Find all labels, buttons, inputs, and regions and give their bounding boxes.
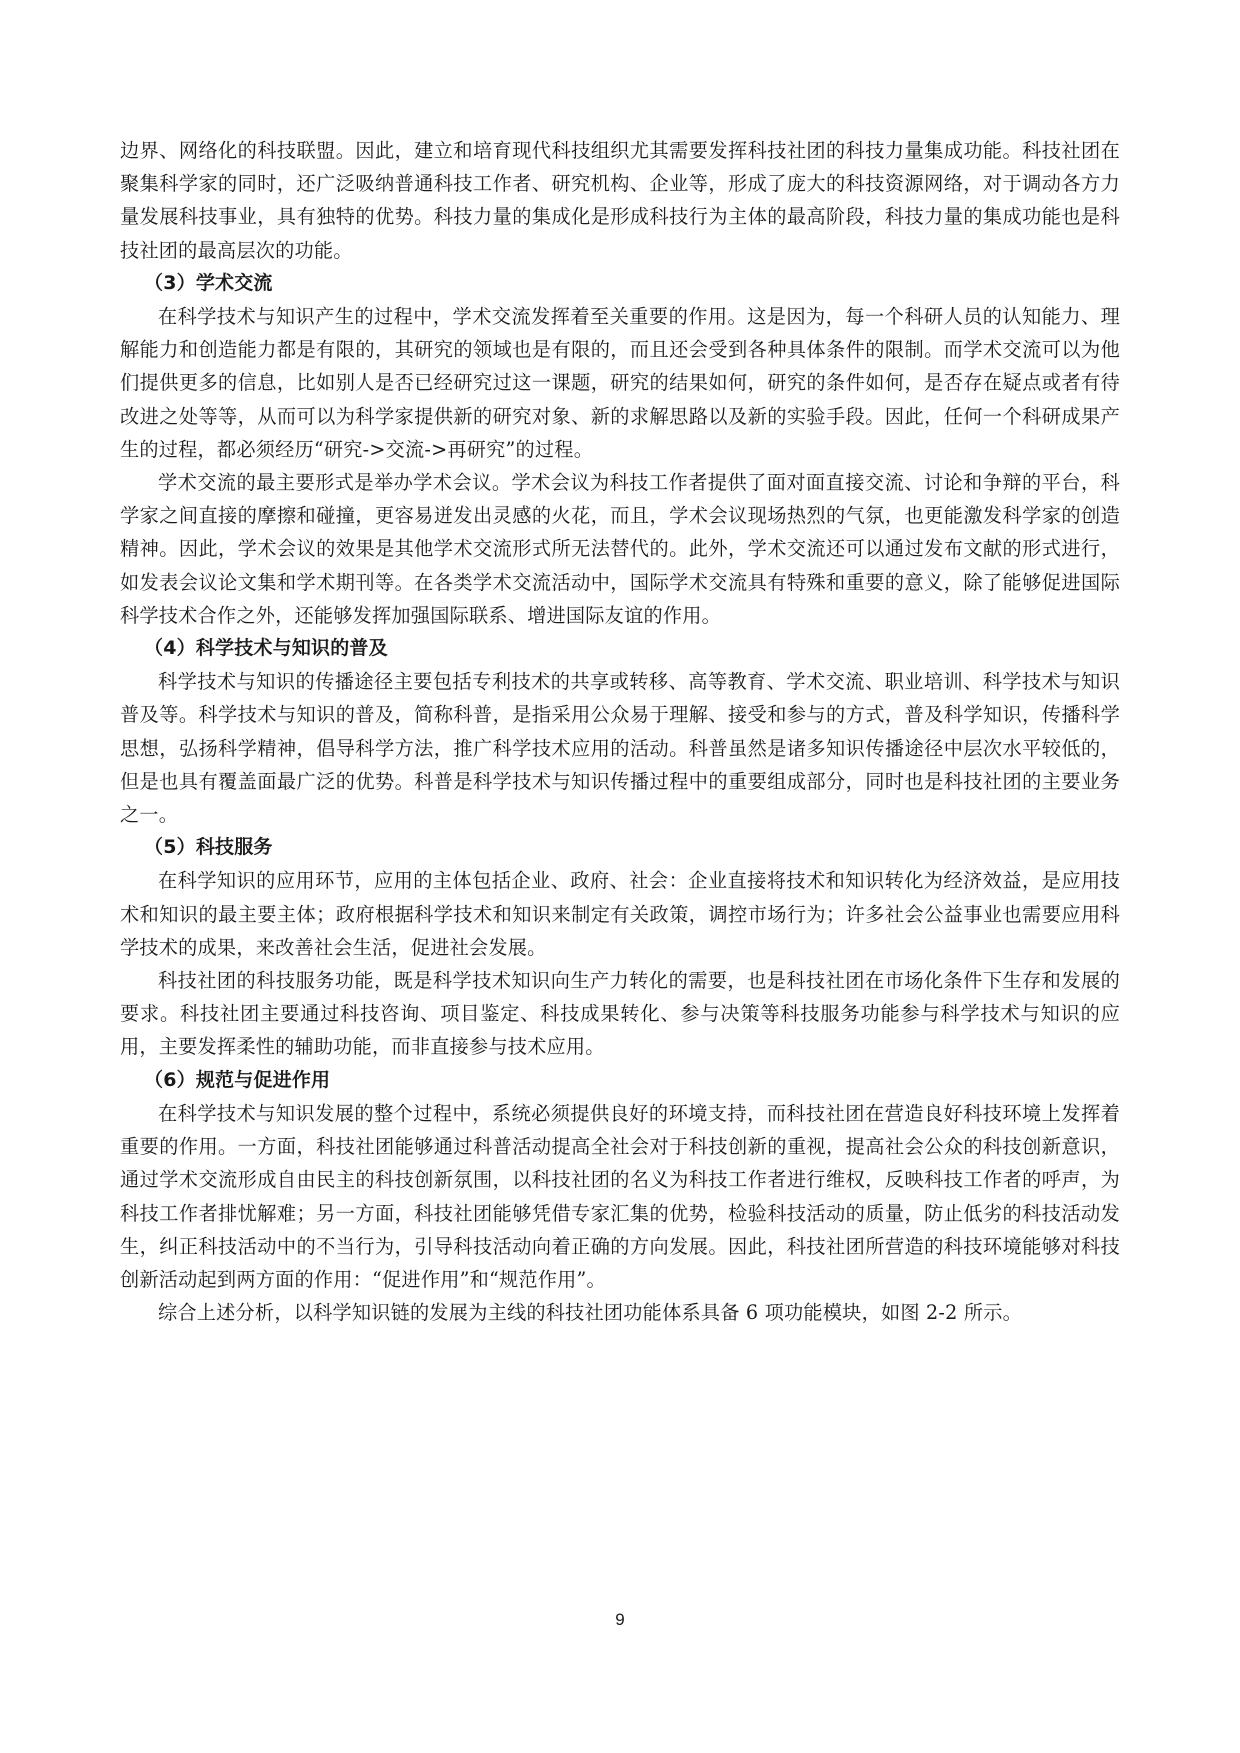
document-page: 边界、网络化的科技联盟。因此，建立和培育现代科技组织尤其需要发挥科技社团的科技力…	[120, 134, 1120, 1329]
page-number: 9	[0, 1610, 1240, 1630]
paragraph-academic-conference: 学术交流的最主要形式是举办学术会议。学术会议为科技工作者提供了面对面直接交流、讨…	[120, 466, 1120, 632]
paragraph-application-subjects: 在科学知识的应用环节，应用的主体包括企业、政府、社会：企业直接将技术和知识转化为…	[120, 864, 1120, 964]
paragraph-summary: 综合上述分析，以科学知识链的发展为主线的科技社团功能体系具备 6 项功能模块，如…	[120, 1296, 1120, 1329]
heading-regulation-promotion: （6）规范与促进作用	[120, 1064, 1120, 1097]
heading-popularization: （4）科学技术与知识的普及	[120, 632, 1120, 665]
heading-academic-exchange: （3）学术交流	[120, 267, 1120, 300]
paragraph-academic-exchange-role: 在科学技术与知识产生的过程中，学术交流发挥着至关重要的作用。这是因为，每一个科研…	[120, 300, 1120, 466]
heading-tech-service: （5）科技服务	[120, 831, 1120, 864]
paragraph-environment-role: 在科学技术与知识发展的整个过程中，系统必须提供良好的环境支持，而科技社团在营造良…	[120, 1097, 1120, 1296]
paragraph-integration-function: 边界、网络化的科技联盟。因此，建立和培育现代科技组织尤其需要发挥科技社团的科技力…	[120, 134, 1120, 267]
paragraph-popularization: 科学技术与知识的传播途径主要包括专利技术的共享或转移、高等教育、学术交流、职业培…	[120, 665, 1120, 831]
paragraph-service-function: 科技社团的科技服务功能，既是科学技术知识向生产力转化的需要，也是科技社团在市场化…	[120, 964, 1120, 1064]
